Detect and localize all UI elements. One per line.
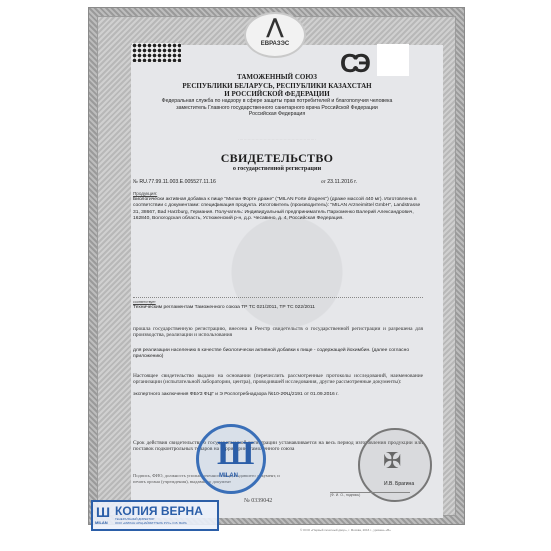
eurasec-emblem: ⋀ ЕВРАЗЭС <box>244 12 306 58</box>
certificate-number: RU.77.99.11.003.E.005527.11.16 <box>139 179 216 185</box>
basis-statement: Настоящее свидетельство выдано на основа… <box>133 373 423 385</box>
company-logo-icon: Ш <box>217 437 254 471</box>
certificate-date: от 23.11.2016 г. <box>321 179 357 185</box>
signer-name: И.В. Брагина <box>384 481 414 487</box>
milan-logo-icon: Ш <box>96 505 110 519</box>
compliance-text: Техническим регламентам Таможенного союз… <box>133 305 423 311</box>
serial-number: № 0339042 <box>244 498 272 504</box>
coat-of-arms-icon: ✠ <box>383 448 401 474</box>
divider <box>133 297 423 298</box>
printer-footer: © ООО «Первый печатный двор», г. Москва,… <box>300 528 391 532</box>
issuing-authority: Федеральная служба по надзору в сфере за… <box>121 98 433 118</box>
certified-copy-stamp: Ш MILAN КОПИЯ ВЕРНА ГЕНЕРАЛЬНЫЙ ДИРЕКТОР… <box>91 500 219 531</box>
emblem-label: ЕВРАЗЭС <box>246 40 304 48</box>
official-seal: ✠ <box>358 428 432 502</box>
registration-statement: прошла государственную регистрацию, внес… <box>133 326 423 338</box>
eurasec-logo-icon: ⋀ <box>246 14 304 40</box>
product-section: Продукция: Биологически активная добавка… <box>133 191 423 222</box>
company-stamp: Ш MILAN <box>196 424 266 494</box>
security-pattern <box>132 43 181 62</box>
registration-purpose: для реализации населению в качестве биол… <box>133 348 423 360</box>
certificate-title: СВИДЕТЕЛЬСТВО <box>121 151 433 166</box>
small-print-line: · · · · · · · · · · · · · · · · · · · · … <box>121 139 433 141</box>
certificate-number-row: № RU.77.99.11.003.E.005527.11.16 от 23.1… <box>133 179 423 185</box>
basis-text: экспертного заключения ФБУЗ ФЦГ и Э Росп… <box>133 392 423 398</box>
redacted-area <box>377 44 409 76</box>
certificate-subtitle: о государственной регистрации <box>121 165 433 172</box>
fio-caption: (Ф. И. О., подпись) <box>330 492 410 497</box>
union-title: ТАМОЖЕННЫЙ СОЮЗ РЕСПУБЛИКИ БЕЛАРУСЬ, РЕС… <box>121 73 433 99</box>
compliance-section: соответствует Техническим регламентам Та… <box>133 301 423 311</box>
product-description: Биологически активная добавка к пище "Ми… <box>133 197 423 222</box>
